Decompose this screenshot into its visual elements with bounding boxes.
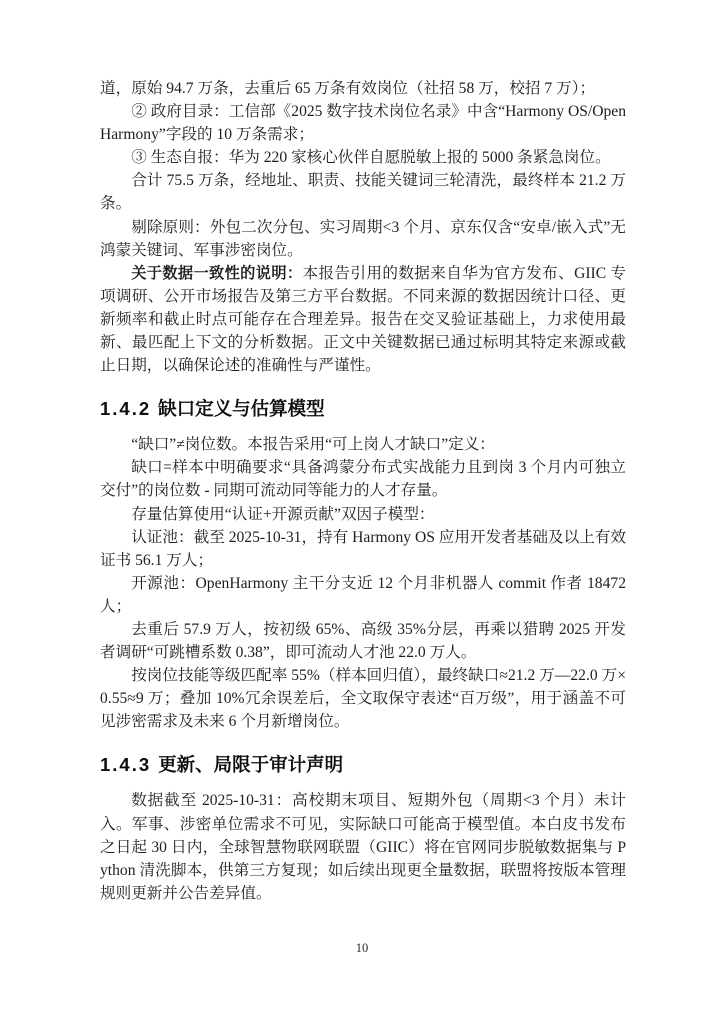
para-data-consistency-lead: 关于数据一致性的说明： bbox=[131, 265, 302, 282]
para-final-gap-estimate: 按岗位技能等级匹配率 55%（样本回归值），最终缺口≈21.2 万—22.0 万… bbox=[100, 664, 626, 733]
para-gov-catalog: ② 政府目录：工信部《2025 数字技术岗位名录》中含“Harmony OS/O… bbox=[100, 100, 626, 146]
para-opensource-pool: 开源池：OpenHarmony 主干分支近 12 个月非机器人 commit 作… bbox=[100, 572, 626, 618]
para-exclusion-rules: 剔除原则：外包二次分包、实习周期<3 个月、京东仅含“安卓/嵌入式”无鸿蒙关键词… bbox=[100, 216, 626, 262]
section-143-number: 1.4.3 bbox=[100, 754, 151, 775]
section-heading-143: 1.4.3更新、局限于审计声明 bbox=[100, 753, 626, 777]
para-total-sample: 合计 75.5 万条，经地址、职责、技能关键词三轮清洗，最终样本 21.2 万条… bbox=[100, 169, 626, 215]
section-143-title: 更新、局限于审计声明 bbox=[158, 754, 343, 775]
section-142-title: 缺口定义与估算模型 bbox=[158, 398, 325, 419]
para-dedup-layering: 去重后 57.9 万人，按初级 65%、高级 35%分层，再乘以猎聘 2025 … bbox=[100, 618, 626, 664]
para-gap-definition: “缺口”≠岗位数。本报告采用“可上岗人才缺口”定义： bbox=[100, 433, 626, 456]
para-eco-self-report: ③ 生态自报：华为 220 家核心伙伴自愿脱敏上报的 5000 条紧急岗位。 bbox=[100, 146, 626, 169]
para-data-consistency: 关于数据一致性的说明：本报告引用的数据来自华为官方发布、GIIC 专项调研、公开… bbox=[100, 262, 626, 377]
page-content: 道，原始 94.7 万条，去重后 65 万条有效岗位（社招 58 万，校招 7 … bbox=[100, 77, 626, 905]
para-channel-summary: 道，原始 94.7 万条，去重后 65 万条有效岗位（社招 58 万，校招 7 … bbox=[100, 77, 626, 100]
para-cert-pool: 认证池：截至 2025-10-31，持有 Harmony OS 应用开发者基础及… bbox=[100, 526, 626, 572]
para-audit-statement: 数据截至 2025-10-31：高校期末项目、短期外包（周期<3 个月）未计入。… bbox=[100, 789, 626, 904]
section-heading-142: 1.4.2缺口定义与估算模型 bbox=[100, 397, 626, 421]
page-footer: 10 bbox=[0, 941, 724, 956]
para-stock-model: 存量估算使用“认证+开源贡献”双因子模型： bbox=[100, 503, 626, 526]
para-gap-formula: 缺口=样本中明确要求“具备鸿蒙分布式实战能力且到岗 3 个月内可独立交付”的岗位… bbox=[100, 456, 626, 502]
page-number: 10 bbox=[356, 941, 369, 955]
document-page: { "page": { "background_color": "#ffffff… bbox=[0, 0, 724, 1024]
section-142-number: 1.4.2 bbox=[100, 398, 151, 419]
